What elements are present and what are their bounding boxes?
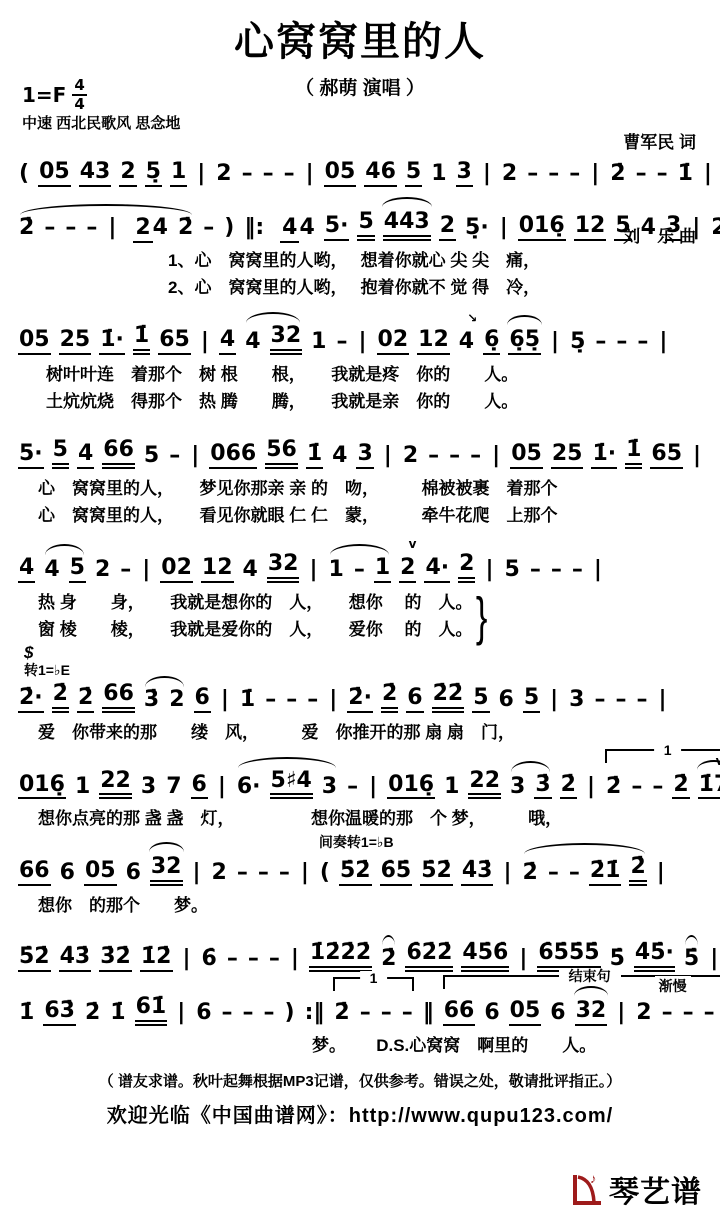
music-line: 05251̇·1̇65|44321–|02124↘6̣6̣5̣|5̣–––| (16, 302, 714, 356)
music-line: 4452–|0212432|1–12v4·2|5–––| (16, 530, 714, 584)
ornament-mark: ↘ (467, 312, 477, 324)
note: – (262, 161, 275, 187)
note-group: 3̇2 (143, 687, 186, 713)
key-label: 1=F (22, 83, 66, 107)
barline: | (199, 329, 211, 355)
lyric-line: 想你点亮的那 盏 盏 灯， 想你温暖的那 个 梦， 哦， (38, 805, 562, 833)
barline: | (490, 443, 502, 469)
note: – (448, 443, 461, 469)
note: 1̇ (18, 1000, 35, 1026)
note: 3 (140, 774, 157, 800)
note: – (401, 1000, 414, 1026)
note: 066 (209, 441, 257, 469)
note: 1̇· (591, 441, 617, 469)
note: 1 (74, 774, 91, 800)
note: 2̇ (560, 772, 577, 800)
score: (054325̣1|2–––|0546513|2–––|2̇––1̇|2̇–––… (0, 138, 720, 1060)
note: 3̇ (534, 772, 551, 800)
barline: | (656, 687, 668, 713)
note: 4 (242, 557, 259, 583)
note: 22 (468, 768, 501, 800)
note: 4̇3̇ (59, 944, 92, 972)
barline: | (367, 774, 379, 800)
note: 05 (510, 441, 543, 469)
barline: | (498, 215, 510, 241)
note: ( (18, 161, 30, 187)
note: 1̇ (109, 1000, 126, 1026)
note: – (703, 1000, 716, 1026)
note: 3̇ (143, 687, 160, 713)
note: – (85, 215, 98, 241)
barline: | (327, 687, 339, 713)
note: – (285, 687, 298, 713)
note: 32 (267, 551, 300, 583)
note: 4 (43, 557, 60, 583)
note: 5 (405, 159, 422, 187)
repeat-brace: } (476, 585, 488, 647)
note: 02 (377, 327, 410, 355)
note: 2̇· (347, 685, 373, 713)
note: – (226, 946, 239, 972)
note: – (427, 443, 440, 469)
note: – (264, 687, 277, 713)
lyrics-column: 想你 的那个 梦。 (16, 892, 208, 920)
barline: | (191, 860, 203, 886)
note: – (359, 1000, 372, 1026)
note: 1 (310, 329, 327, 355)
note: – (547, 161, 560, 187)
note: 2 (211, 860, 228, 886)
note: ) (223, 215, 235, 241)
slur-arc (238, 757, 336, 768)
note-group: 6·5♯43 (236, 768, 338, 800)
barline: | (216, 774, 228, 800)
lyric-line: 1、心 窝窝里的人哟， 想着你就心 尖 尖 痛， (168, 247, 540, 275)
note-group: 2̇ (380, 946, 397, 972)
logo-text: 琴艺谱 (609, 1167, 702, 1211)
note: 02 (160, 555, 193, 583)
note: – (682, 1000, 695, 1026)
note: – (236, 860, 249, 886)
barline: | (106, 215, 118, 241)
note: 2 (94, 557, 111, 583)
note: 1̇2̇2̇2̇ (309, 940, 372, 972)
transcriber-note: （ 谱友求谱。秋叶起舞根据MP3记谱，仅供参考。错误之处，敬请批评指正。） (0, 1070, 720, 1091)
note: 5̇ (683, 946, 700, 972)
barline: | (589, 161, 601, 187)
note-group: –)‖:445·544325̣·|016̣12543|2–––| (202, 209, 720, 241)
note: 5̣ (145, 159, 162, 187)
note: 2̇2̇ (432, 681, 465, 713)
note-group: 12̇––– (333, 1000, 413, 1026)
note: – (119, 557, 132, 583)
note: 016̣ (387, 772, 435, 800)
logo-icon: ♪ (567, 1170, 607, 1208)
note: 12 (201, 555, 234, 583)
note: 2 (119, 159, 136, 187)
note: 32 (270, 323, 303, 355)
note: 5 (523, 685, 540, 713)
note-group: | (708, 946, 720, 972)
note: – (593, 687, 606, 713)
note: 5· (18, 441, 44, 469)
volta-label: 结束句 (559, 969, 621, 983)
note: – (571, 557, 584, 583)
volta-label: 1 (654, 743, 682, 757)
note: 6̇ (201, 946, 218, 972)
note: 2 (635, 1000, 652, 1026)
note: :‖ (304, 1000, 326, 1026)
barline: | (189, 443, 201, 469)
note: 3̇2̇ (99, 944, 132, 972)
note: 3 (356, 441, 373, 469)
qinyipu-logo: ♪ 琴艺谱 (567, 1167, 702, 1211)
note-group: 12̇––2̇1̇7v (605, 772, 720, 800)
note: 2 (501, 161, 518, 187)
music-line: 66605632|2–––|间奏转1=♭B(5̇2̇6̇5̇5̇2̇4̇3̇|2… (16, 833, 714, 887)
note: 5 (52, 437, 69, 469)
slur-arc (685, 935, 698, 946)
slur-arc (382, 197, 432, 207)
note: 1 (430, 161, 447, 187)
note: 2̇· (18, 685, 44, 713)
note-group: 1–|02124↘6̣6̣5̣|5̣–––| (310, 327, 669, 355)
note: 1̇ (133, 323, 150, 355)
lyrics-column: 热 身 身， 我就是想你的 人， 想你 的 人。窗 棱 棱， 我就是爱你的 人，… (16, 589, 472, 644)
note: 4 (331, 443, 348, 469)
lyrics-block: 梦。 D.S.心窝窝 啊里的 人。 (16, 1032, 714, 1060)
note: 5̇2̇ (420, 858, 453, 886)
note: 2̇ (333, 1000, 350, 1026)
barline: | (304, 161, 316, 187)
slur-arc (507, 315, 542, 325)
note: – (380, 1000, 393, 1026)
time-sig-bottom: 4 (153, 214, 168, 240)
note: 6 (549, 1000, 566, 1026)
note: 05 (38, 159, 71, 187)
note: ( (319, 860, 331, 886)
lyricist: 曹军民 词 (623, 127, 696, 158)
music-line: 5̇2̇4̇3̇3̇2̇1̇2̇|6̇–––|1̇2̇2̇2̇2̇6̇2̇2̇4… (16, 919, 714, 973)
note: 3 (321, 774, 338, 800)
lyric-line: 想你 的那个 梦。 (38, 892, 208, 920)
barline: | (195, 161, 207, 187)
slur-arc (382, 935, 395, 946)
note: 6 (406, 685, 423, 713)
time-sig-bottom: 4 (299, 214, 314, 240)
note: ‖: (243, 215, 265, 241)
note: 6̇5̇ (380, 858, 413, 886)
lyrics-column: 想你点亮的那 盏 盏 灯， 想你温暖的那 个 梦， 哦， (16, 805, 562, 833)
slur-arc (574, 986, 609, 996)
note: 6 (483, 1000, 500, 1026)
note: – (615, 329, 628, 355)
note: 016̣ (518, 213, 566, 241)
note: 4 (219, 327, 236, 355)
note: 2 (439, 213, 456, 241)
lyrics-block: 树叶叶连 着那个 树 根 根， 我就是疼 你的 人。土炕炕烧 得那个 热 腾 腾… (16, 361, 714, 416)
note: 4 (640, 215, 657, 241)
header: 心窝窝里的人 （ 郝萌 演唱 ） 曹军民 词 刘 乐 曲 1=F 4 4 中速 … (0, 0, 720, 138)
note-group: 2̇| (560, 772, 597, 800)
lyric-line: 心 窝窝里的人， 梦见你那亲 亲 的 吻， 棉被被裹 着那个 (38, 475, 557, 503)
time-sig-top: 2 (133, 215, 152, 243)
note: – (568, 161, 581, 187)
note: 6̣ (483, 327, 500, 355)
tempo-change-label: 渐慢 (655, 976, 691, 996)
barline: | (655, 860, 667, 886)
note: 4̇5̇· (634, 940, 675, 972)
note: – (635, 161, 648, 187)
note-group: 4 (18, 555, 35, 583)
note: 4 (18, 555, 35, 583)
note: 6 (498, 687, 515, 713)
note-group: ‖ (422, 1000, 435, 1026)
note-group: 5̇ (683, 946, 700, 972)
lyrics-block: 想你点亮的那 盏 盏 灯， 想你温暖的那 个 梦， 哦， (16, 805, 714, 833)
note: 3 (509, 774, 526, 800)
lyric-line: 树叶叶连 着那个 树 根 根， 我就是疼 你的 人。 (46, 361, 518, 389)
note: 43 (79, 159, 112, 187)
barline: | (702, 161, 714, 187)
volta-label: 1 (360, 971, 388, 985)
note: 25 (551, 441, 584, 469)
barline: | (708, 946, 720, 972)
note: 2̇ (380, 946, 397, 972)
note: 25 (59, 327, 92, 355)
note: – (221, 1000, 234, 1026)
lyrics-block: 1、心 窝窝里的人哟， 想着你就心 尖 尖 痛，2、心 窝窝里的人哟， 抱着你就… (16, 247, 714, 302)
slur-arc (330, 544, 390, 555)
volta-bracket: 1 (605, 749, 720, 763)
barline: | (382, 443, 394, 469)
note: 2̇1̇ (589, 858, 622, 886)
note: 443 (383, 209, 431, 241)
note: – (529, 557, 542, 583)
note: 2̇ (84, 1000, 101, 1026)
music-line: 2̇·2̇2̇663̇26|1̇–––|2̇·2̇62̇2̇565|3–––| (16, 660, 714, 714)
note: 65 (158, 327, 191, 355)
barline: | (691, 443, 703, 469)
note: 4 (77, 441, 94, 469)
note-group: 2v4·2|5–––| (399, 551, 604, 583)
note: 05 (18, 327, 51, 355)
note: 2 (402, 443, 419, 469)
barline: | (615, 1000, 627, 1026)
note: 1̇ (625, 437, 642, 469)
note: 63̇ (43, 998, 76, 1026)
note: 32 (575, 998, 608, 1026)
note: 1̇7v (698, 772, 720, 800)
note: 5 (143, 443, 160, 469)
note-group: 5̇2̇4̇3̇3̇2̇1̇2̇|6̇–––|1̇2̇2̇2̇ (18, 940, 372, 972)
note: 4̇3̇ (461, 858, 494, 886)
note: 56 (265, 437, 298, 469)
note: 016̣ (18, 772, 66, 800)
note: – (283, 161, 296, 187)
slur-arc (145, 676, 184, 687)
note: – (64, 215, 77, 241)
music-line: 5·54665–|066561̇43|2–––|05251̇·1̇65| (16, 416, 714, 470)
note: 66 (102, 681, 135, 713)
note: – (278, 860, 291, 886)
barline: | (175, 1000, 187, 1026)
music-line: 016̣122376|6·5♯43–|016̣12233̇2̇|12̇––2̇1… (16, 747, 714, 801)
barline: | (585, 774, 597, 800)
note: 1̇· (99, 327, 125, 355)
note: 1̇ (239, 687, 256, 713)
credits: 曹军民 词 刘 乐 曲 (623, 64, 696, 316)
note: – (526, 161, 539, 187)
barline: | (657, 329, 669, 355)
slur-arc (149, 842, 184, 852)
note-group: 66605632|2–––| (18, 854, 311, 886)
slur-arc (511, 761, 550, 772)
note: 1 (328, 557, 345, 583)
note: 5 (472, 685, 489, 713)
note: 32 (150, 854, 183, 886)
note: 2̇ (605, 774, 622, 800)
note: – (469, 443, 482, 469)
lyric-line: 2、心 窝窝里的人哟， 抱着你就不 觉 得 冷， (168, 274, 540, 302)
note: 5̇2̇ (339, 858, 372, 886)
note: 6 (59, 860, 76, 886)
barline: | (501, 860, 513, 886)
note: 6̣5̣ (508, 327, 541, 355)
note-group: 2–|0212432| (94, 551, 320, 583)
note-group: 6̇2̇2̇4̇5̇6̇|6̇5̇5̇5̇5̇4̇5̇· (405, 940, 674, 972)
note-group: 05251̇·1̇65|4 (18, 323, 236, 355)
note: 61̇ (135, 994, 168, 1026)
note: 12 (574, 213, 607, 241)
note: – (263, 1000, 276, 1026)
barline: | (219, 687, 231, 713)
music-line: (054325̣1|2–––|0546513|2–––|2̇––1̇| (16, 138, 714, 188)
note: – (268, 946, 281, 972)
note: – (241, 161, 254, 187)
note: 5♯4 (270, 768, 313, 800)
note: 5̣· (464, 215, 490, 241)
note-group: 间奏转1=♭B(5̇2̇6̇5̇5̇2̇4̇3̇| (319, 858, 514, 886)
barline: | (592, 557, 604, 583)
lyric-line: 热 身 身， 我就是想你的 人， 想你 的 人。 (38, 589, 472, 617)
note: 3 (568, 687, 585, 713)
note: 65 (650, 441, 683, 469)
note: – (614, 687, 627, 713)
barline: | (481, 161, 493, 187)
note-group: 2̇––2̇1̇2̇ (522, 854, 647, 886)
note-group: 2̇·2̇2̇66 (18, 681, 135, 713)
note-group: 2̇–––|242̇ (18, 215, 194, 241)
note: – (661, 1000, 674, 1026)
note-group: 016̣122376| (18, 768, 228, 800)
note-group: 5·54665–|066561̇43|2–––|05251̇·1̇65| (18, 437, 703, 469)
lyric-line: 梦。 D.S.心窝窝 啊里的 人。 (312, 1032, 596, 1060)
note: – (568, 860, 581, 886)
barline: | (181, 946, 193, 972)
note: – (635, 687, 648, 713)
lyric-line: 爱 你带来的那 缕 风， 爱 你推开的那 扇 扇 门， (38, 719, 515, 747)
time-signature: 4 4 (72, 78, 86, 112)
ornament-mark: v (409, 538, 417, 550)
note: 2̇ (609, 161, 626, 187)
note: 12 (417, 327, 450, 355)
note: 6 (191, 772, 208, 800)
barline: | (549, 329, 561, 355)
note: 1̇2̇ (140, 944, 173, 972)
note: 4· (424, 555, 450, 583)
note: – (43, 215, 56, 241)
note: 2̇ (177, 215, 194, 241)
note-group: –|016̣122 (346, 768, 501, 800)
note: 2̇ (629, 854, 646, 886)
note: 3 (665, 213, 682, 241)
barline: | (517, 946, 529, 972)
note-group: 结束句渐慢66605632|2–––‖ (443, 998, 720, 1026)
lyrics-column: 心 窝窝里的人， 梦见你那亲 亲 的 吻， 棉被被裹 着那个心 窝窝里的人， 看… (16, 475, 557, 530)
note: ) (284, 1000, 296, 1026)
note: 1 (170, 159, 187, 187)
key-signature: 1=F 4 4 (22, 78, 87, 112)
note-group: 45 (43, 555, 86, 583)
barline: | (140, 557, 152, 583)
note: 7 (165, 774, 182, 800)
note: – (651, 774, 664, 800)
note: – (353, 557, 366, 583)
site-footer[interactable]: 欢迎光临《中国曲谱网》：http://www.qupu123.com/ (0, 1099, 720, 1128)
note: 3 (456, 159, 473, 187)
note: 46 (364, 159, 397, 187)
slur-arc (45, 544, 84, 555)
lyrics-column: 爱 你带来的那 缕 风， 爱 你推开的那 扇 扇 门， (16, 719, 515, 747)
note: 5· (324, 213, 350, 241)
note: 44 (279, 215, 316, 241)
tempo-marking: 中速 西北民歌风 思念地 (22, 112, 180, 133)
note: 1 (374, 555, 391, 583)
note: 2̇ (381, 681, 398, 713)
lyrics-column: 1、心 窝窝里的人哟， 想着你就心 尖 尖 痛，2、心 窝窝里的人哟， 抱着你就… (16, 247, 540, 302)
barline: | (548, 687, 560, 713)
note: 05 (84, 858, 117, 886)
note: 1̇ (306, 441, 323, 469)
lyric-line: 土炕炕烧 得那个 热 腾 腾， 我就是亲 你的 人。 (46, 388, 518, 416)
note: 5 (614, 213, 631, 241)
note-group: 432 (244, 323, 302, 355)
note: – (257, 860, 270, 886)
barline: | (307, 557, 319, 583)
note-group: 1–1 (328, 555, 392, 583)
note: 5̇2̇ (18, 944, 51, 972)
note: 22 (99, 768, 132, 800)
note: 4̇5̇6̇ (461, 940, 509, 972)
barline: | (356, 329, 368, 355)
note: 2̇ (18, 215, 35, 241)
note: 66 (443, 998, 476, 1026)
note: – (335, 329, 348, 355)
note: 2̇ (672, 772, 689, 800)
note: 6̇2̇2̇ (405, 940, 453, 972)
note: – (550, 557, 563, 583)
note: 2v (399, 555, 416, 583)
note: 2̇ (77, 685, 94, 713)
barline: | (690, 215, 702, 241)
time-sig-top: 4 (280, 215, 299, 243)
note: 4 (244, 329, 261, 355)
note: 5 (504, 557, 521, 583)
music-note-icon: ♪ (590, 1171, 597, 1186)
note: – (636, 329, 649, 355)
note-group: (054325̣1|2–––|0546513|2–––|2̇––1̇| (18, 159, 714, 187)
